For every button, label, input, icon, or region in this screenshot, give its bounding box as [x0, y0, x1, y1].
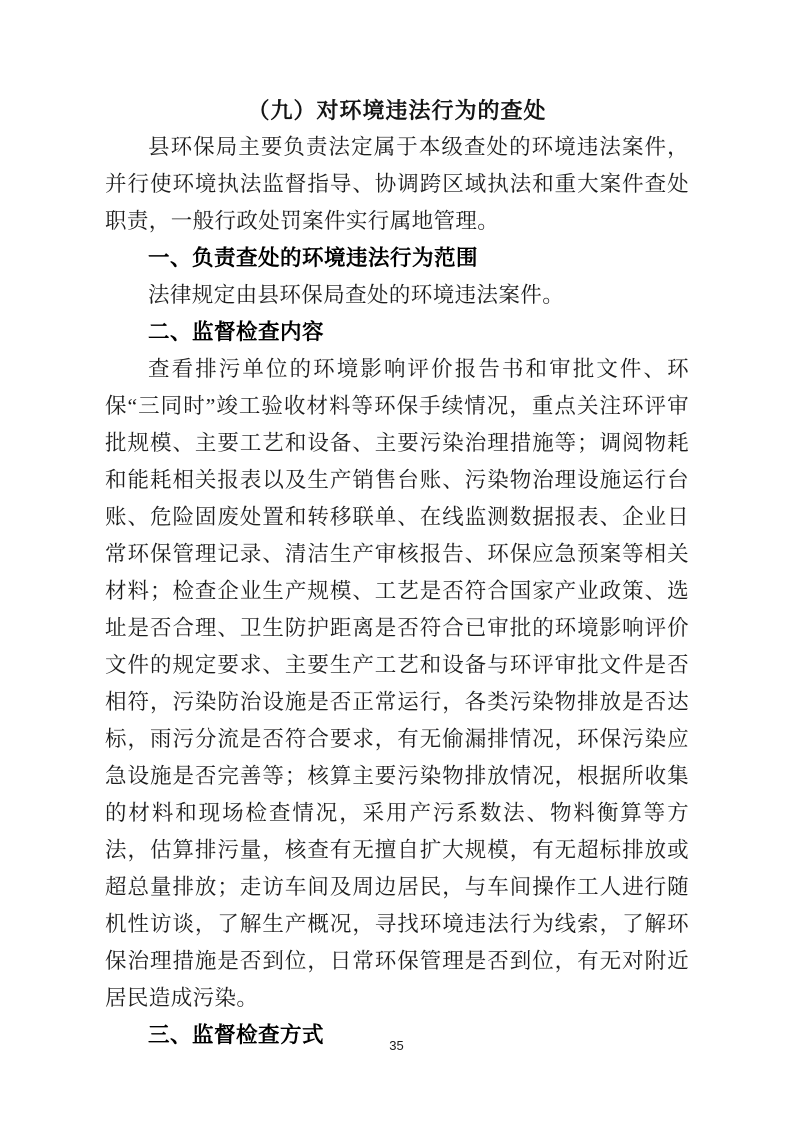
paragraph-inspection-content-detail: 查看排污单位的环境影响评价报告书和审批文件、环保“三同时”竣工验收材料等环保手续…	[105, 351, 689, 1017]
section-title: （九）对环境违法行为的查处	[105, 92, 689, 129]
paragraph-scope-statement: 法律规定由县环保局查处的环境违法案件。	[105, 277, 689, 314]
heading-scope-of-violations: 一、负责查处的环境违法行为范围	[105, 240, 689, 277]
heading-inspection-content: 二、监督检查内容	[105, 314, 689, 351]
paragraph-responsibility-overview: 县环保局主要负责法定属于本级查处的环境违法案件，并行使环境执法监督指导、协调跨区…	[105, 129, 689, 240]
page-content: （九）对环境违法行为的查处 县环保局主要负责法定属于本级查处的环境违法案件，并行…	[105, 92, 689, 1054]
document-page: （九）对环境违法行为的查处 县环保局主要负责法定属于本级查处的环境违法案件，并行…	[0, 0, 793, 1122]
page-number: 35	[0, 1038, 793, 1053]
